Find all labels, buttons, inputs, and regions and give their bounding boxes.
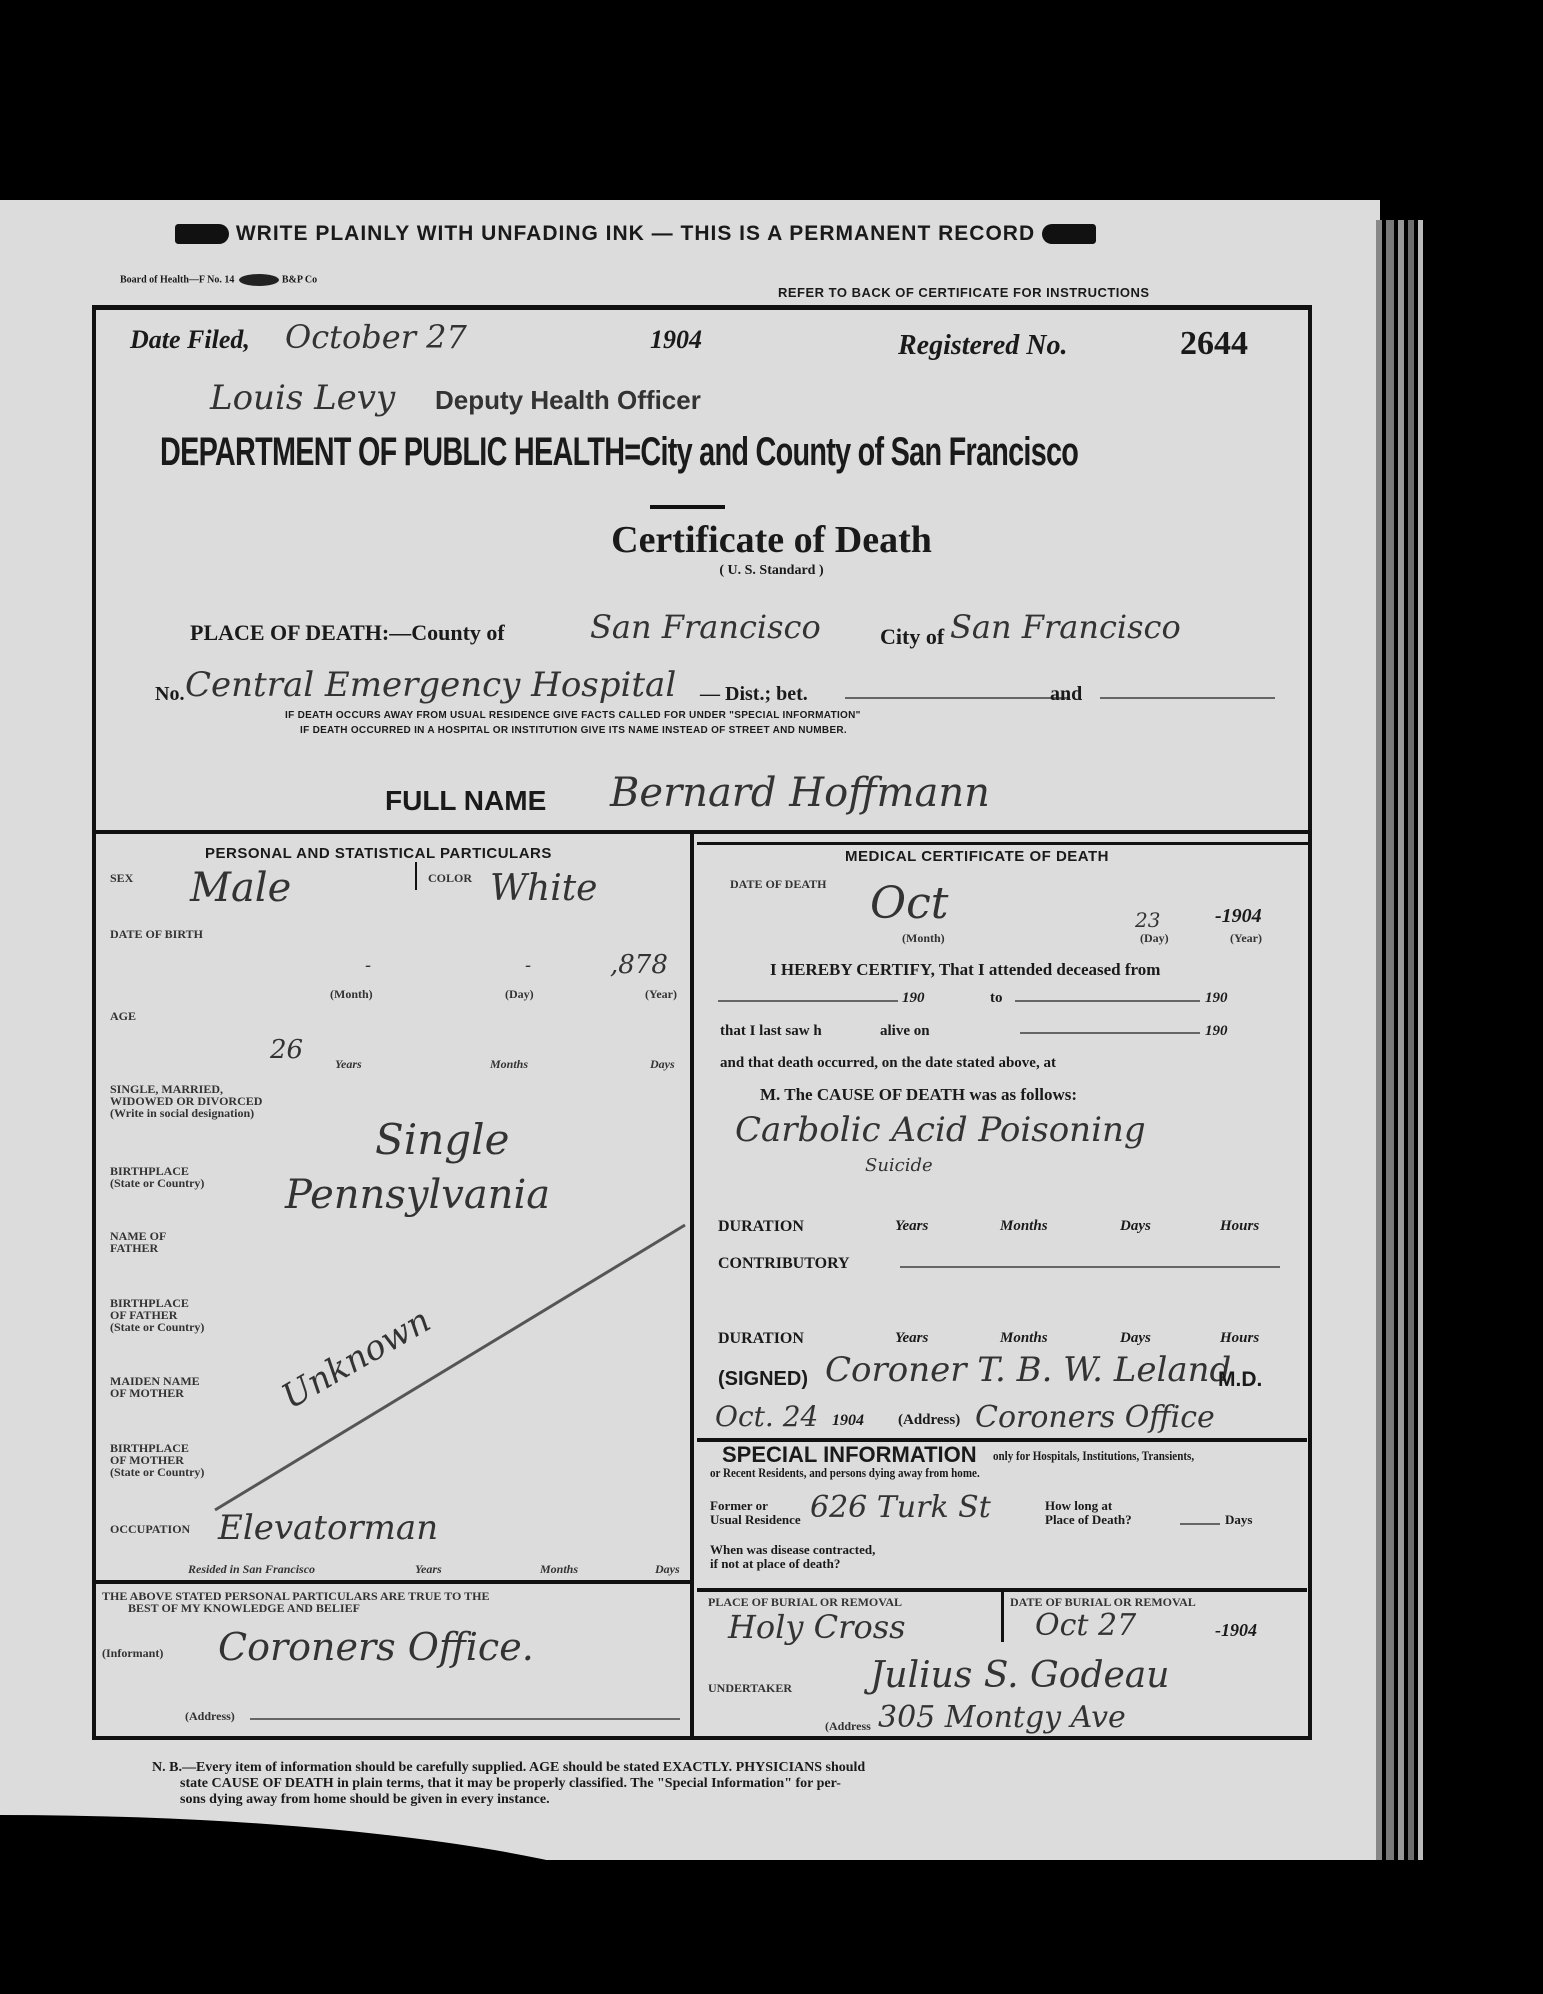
pointing-hand-icon <box>1042 224 1096 244</box>
personal-section-title: PERSONAL AND STATISTICAL PARTICULARS <box>205 845 552 862</box>
month-label: (Month) <box>330 988 373 1000</box>
medical-section-title: MEDICAL CERTIFICATE OF DEATH <box>845 848 1109 865</box>
footnote-line-1: N. B.—Every item of information should b… <box>152 1760 865 1776</box>
marital-label-3: (Write in social designation) <box>110 1107 254 1119</box>
form-id: Board of Health—F No. 14 B&P Co <box>120 274 317 286</box>
cause-intro: M. The CAUSE OF DEATH was as follows: <box>760 1085 1077 1105</box>
dob-year: ,878 <box>610 950 668 980</box>
burial-place: Holy Cross <box>728 1608 906 1646</box>
signed-year: 1904 <box>832 1412 864 1430</box>
no-label: No. <box>155 683 184 706</box>
former-residence: 626 Turk St <box>810 1490 991 1525</box>
md-label: M.D. <box>1218 1368 1262 1392</box>
burial-year: -1904 <box>1215 1620 1257 1641</box>
mother-birth-label-3: (State or Country) <box>110 1466 204 1478</box>
death-month: Oct <box>870 878 948 929</box>
city-value: San Francisco <box>950 608 1181 646</box>
occupation-label: OCCUPATION <box>110 1523 190 1535</box>
mother-name-label-2: OF MOTHER <box>110 1387 184 1399</box>
full-name-label: FULL NAME <box>385 785 546 817</box>
resided-months: Months <box>540 1563 578 1575</box>
duration-label-2: DURATION <box>718 1330 804 1348</box>
undertaker-label: UNDERTAKER <box>708 1682 792 1694</box>
year-label: (Year) <box>645 988 677 1000</box>
age-months-label: Months <box>490 1058 528 1070</box>
date-filed-value: October 27 <box>285 318 467 356</box>
date-filed-year: 1904 <box>650 325 702 355</box>
informant-value: Coroners Office. <box>218 1625 534 1669</box>
father-birth-label-3: (State or Country) <box>110 1321 204 1333</box>
certificate-subtitle: ( U. S. Standard ) <box>0 563 1543 579</box>
date-of-death-label: DATE OF DEATH <box>730 878 826 890</box>
place-note-2: IF DEATH OCCURRED IN A HOSPITAL OR INSTI… <box>300 725 847 736</box>
attest-line-2: BEST OF MY KNOWLEDGE AND BELIEF <box>128 1602 360 1614</box>
med-address-label: (Address) <box>898 1412 960 1429</box>
instructions-note: REFER TO BACK OF CERTIFICATE FOR INSTRUC… <box>778 285 1150 300</box>
color-value: White <box>490 868 597 909</box>
cause-sub: Suicide <box>865 1155 933 1176</box>
father-name-label-2: FATHER <box>110 1242 158 1254</box>
top-banner: WRITE PLAINLY WITH UNFADING INK — THIS I… <box>175 222 1096 246</box>
marital-value: Single <box>375 1115 509 1164</box>
dob-month: - <box>365 955 371 976</box>
footnote-line-2: state CAUSE OF DEATH in plain terms, tha… <box>180 1776 841 1792</box>
death-year-label: (Year) <box>1230 932 1262 944</box>
death-month-label: (Month) <box>902 932 945 944</box>
sex-value: Male <box>190 865 291 911</box>
dist-label: — Dist.; bet. <box>700 683 808 706</box>
occupation-value: Elevatorman <box>218 1508 438 1548</box>
department-title: DEPARTMENT OF PUBLIC HEALTH=City and Cou… <box>160 430 1078 475</box>
last-saw-label: that I last saw h <box>720 1023 822 1040</box>
page-stack-edges <box>1376 220 1436 1860</box>
undertaker-address: 305 Montgy Ave <box>878 1700 1126 1735</box>
pointing-hand-icon <box>175 224 229 244</box>
birthplace-label-2: (State or Country) <box>110 1177 204 1189</box>
dob-label: DATE OF BIRTH <box>110 928 203 940</box>
color-label: COLOR <box>428 872 472 884</box>
signed-label: (SIGNED) <box>718 1368 808 1391</box>
age-years: 26 <box>270 1035 303 1065</box>
sex-label: SEX <box>110 872 133 884</box>
undertaker: Julius S. Godeau <box>870 1655 1169 1696</box>
signed-by: Coroner T. B. W. Leland <box>825 1350 1231 1390</box>
death-year: -1904 <box>1215 905 1262 928</box>
footnote-line-3: sons dying away from home should be give… <box>180 1792 550 1808</box>
officer-signature: Louis Levy <box>210 378 395 418</box>
full-name-value: Bernard Hoffmann <box>610 770 990 816</box>
day-label: (Day) <box>505 988 534 1000</box>
age-days-label: Days <box>650 1058 675 1070</box>
certificate-title: Certificate of Death <box>0 518 1543 562</box>
resided-years: Years <box>415 1563 442 1575</box>
burial-date-label: DATE of BURIAL or REMOVAL <box>1010 1596 1196 1608</box>
informant-label: (Informant) <box>102 1647 163 1659</box>
cause-of-death: Carbolic Acid Poisoning <box>735 1110 1146 1150</box>
med-address: Coroners Office <box>975 1400 1215 1435</box>
registered-label: Registered No. <box>898 330 1068 362</box>
and-label: and <box>1050 683 1082 706</box>
age-label: AGE <box>110 1010 136 1022</box>
age-years-label: Years <box>335 1058 362 1070</box>
place-of-death-label: PLACE OF DEATH:—County of <box>190 620 505 646</box>
resided-days: Days <box>655 1563 680 1575</box>
birthplace-value: Pennsylvania <box>285 1172 550 1218</box>
county-value: San Francisco <box>590 608 821 646</box>
place-note-1: IF DEATH OCCURS AWAY FROM USUAL RESIDENC… <box>285 710 861 721</box>
signed-date: Oct. 24 <box>715 1400 818 1433</box>
death-day: 23 <box>1135 908 1160 932</box>
officer-title: Deputy Health Officer <box>435 385 701 416</box>
dob-day: - <box>525 955 531 976</box>
occurred-line: and that death occurred, on the date sta… <box>720 1055 1056 1072</box>
burial-place-label: PLACE OF BURIAL OR REMOVAL <box>708 1596 902 1608</box>
alive-on-label: alive on <box>880 1023 930 1040</box>
death-location: Central Emergency Hospital <box>185 665 676 705</box>
unknown-diagonal-line <box>200 1220 690 1520</box>
death-day-label: (Day) <box>1140 932 1169 944</box>
date-filed-label: Date Filed, <box>130 325 250 355</box>
certify-line: I HEREBY CERTIFY, That I attended deceas… <box>770 960 1160 980</box>
registered-number: 2644 <box>1180 325 1248 363</box>
undertaker-address-label: (Address <box>825 1720 871 1732</box>
informant-address-label: (Address) <box>185 1710 235 1722</box>
resided-label: Resided in San Francisco <box>188 1563 315 1575</box>
duration-label: DURATION <box>718 1218 804 1236</box>
burial-date: Oct 27 <box>1035 1608 1136 1643</box>
city-label: City of <box>880 624 944 650</box>
contributory-label: CONTRIBUTORY <box>718 1255 850 1273</box>
